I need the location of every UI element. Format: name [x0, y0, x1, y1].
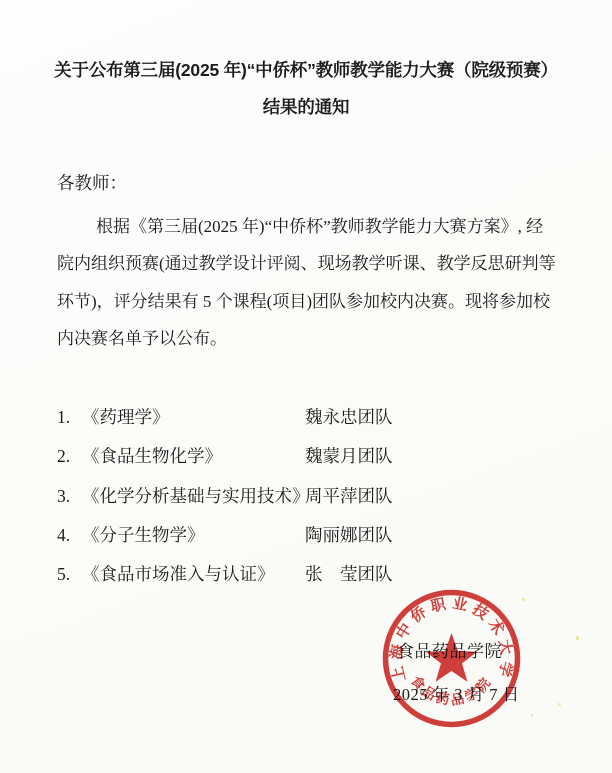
finalist-team: 周平萍团队	[305, 477, 393, 516]
body-line: 院内组织预赛(通过教学设计评阅、现场教学听课、教学反思研判等	[57, 245, 559, 282]
finalist-team: 陶丽娜团队	[305, 516, 393, 555]
body-line: 环节)，评分结果有 5 个课程(项目)团队参加校内决赛。现将参加校	[57, 283, 559, 320]
body-line: 根据《第三届(2025 年)“中侨杯”教师教学能力大赛方案》, 经	[57, 208, 559, 245]
finalist-course: 《药理学》	[82, 398, 305, 437]
scan-speck	[522, 598, 525, 601]
finalist-list: 1. 《药理学》 魏永忠团队 2. 《食品生物化学》 魏蒙月团队 3. 《化学分…	[57, 398, 557, 594]
finalist-team: 魏永忠团队	[305, 398, 393, 437]
finalist-number: 2.	[57, 437, 82, 476]
finalist-course: 《食品市场准入与认证》	[82, 555, 305, 594]
finalist-row: 3. 《化学分析基础与实用技术》 周平萍团队	[57, 477, 557, 516]
body-line: 内决赛名单予以公布。	[57, 320, 559, 357]
finalist-course: 《食品生物化学》	[82, 437, 305, 476]
finalist-number: 5.	[57, 555, 82, 594]
scan-speck	[558, 703, 561, 706]
notice-title: 关于公布第三届(2025 年)“中侨杯”教师教学能力大赛（院级预赛） 结果的通知	[0, 52, 612, 126]
notice-title-line1: 关于公布第三届(2025 年)“中侨杯”教师教学能力大赛（院级预赛）	[0, 52, 612, 89]
finalist-number: 1.	[57, 398, 82, 437]
signature-date: 2025 年 3 月 7 日	[393, 684, 520, 706]
document-page: 关于公布第三届(2025 年)“中侨杯”教师教学能力大赛（院级预赛） 结果的通知…	[0, 0, 612, 773]
finalist-course: 《化学分析基础与实用技术》	[82, 477, 305, 516]
finalist-number: 4.	[57, 516, 82, 555]
finalist-number: 3.	[57, 477, 82, 516]
finalist-course: 《分子生物学》	[82, 516, 305, 555]
finalist-row: 1. 《药理学》 魏永忠团队	[57, 398, 557, 437]
signature-department: 食品药品学院	[397, 641, 502, 663]
scan-speck	[576, 636, 579, 640]
notice-body: 根据《第三届(2025 年)“中侨杯”教师教学能力大赛方案》, 经 院内组织预赛…	[57, 208, 559, 358]
finalist-row: 4. 《分子生物学》 陶丽娜团队	[57, 516, 557, 555]
salutation: 各教师：	[57, 172, 127, 194]
notice-title-line2: 结果的通知	[0, 89, 612, 126]
finalist-team: 张 莹团队	[305, 555, 393, 594]
finalist-row: 2. 《食品生物化学》 魏蒙月团队	[57, 437, 557, 476]
scan-speck	[531, 714, 533, 717]
finalist-team: 魏蒙月团队	[305, 437, 393, 476]
